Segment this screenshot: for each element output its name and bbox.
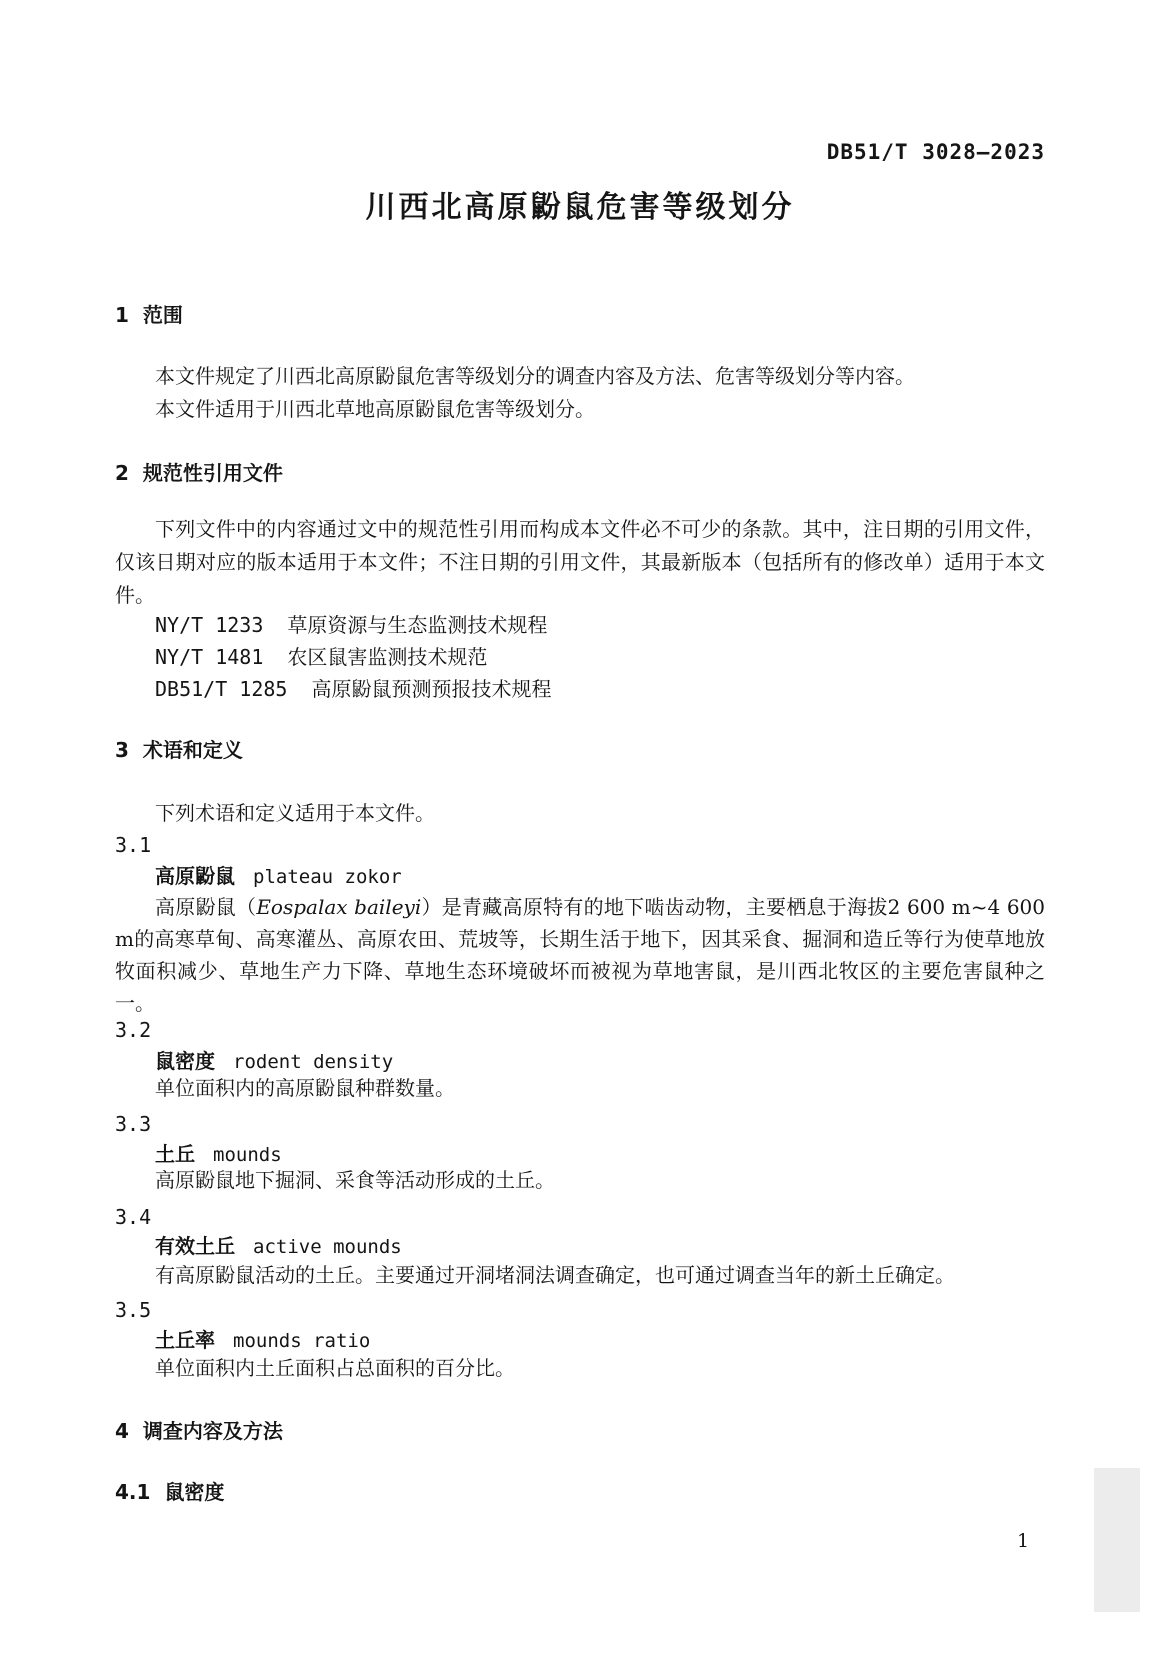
document-title: 川西北高原鼢鼠危害等级划分 [0, 191, 1160, 224]
document-page: DB51/T 3028—2023 川西北高原鼢鼠危害等级划分 1范围 本文件规定… [0, 0, 1160, 1661]
term-number: 3.3 [115, 1114, 151, 1134]
term-definition: 单位面积内的高原鼢鼠种群数量。 [115, 1078, 1045, 1098]
term-title: 土丘率mounds ratio [155, 1330, 370, 1351]
term-definition: 单位面积内土丘面积占总面积的百分比。 [115, 1358, 1045, 1378]
term-zh: 高原鼢鼠 [155, 864, 235, 888]
term-en: mounds ratio [233, 1330, 370, 1352]
section-label: 调查内容及方法 [143, 1419, 283, 1443]
term-definition: 高原鼢鼠（Eospalax baileyi）是青藏高原特有的地下啮齿动物，主要栖… [115, 891, 1045, 1019]
section-heading-survey: 4调查内容及方法 [115, 1421, 283, 1441]
section-label: 术语和定义 [143, 738, 243, 762]
reference-item: NY/T 1481农区鼠害监测技术规范 [155, 647, 487, 667]
section-label: 范围 [143, 303, 183, 327]
term-title: 有效土丘active mounds [155, 1236, 402, 1257]
term-en: mounds [213, 1144, 282, 1166]
reference-code: NY/T 1481 [155, 645, 263, 669]
term-title: 高原鼢鼠plateau zokor [155, 866, 402, 887]
term-title: 鼠密度rodent density [155, 1051, 393, 1072]
section-heading-normative-refs: 2规范性引用文件 [115, 463, 283, 483]
reference-code: DB51/T 1285 [155, 677, 287, 701]
reference-name: 农区鼠害监测技术规范 [287, 645, 487, 669]
terms-intro: 下列术语和定义适用于本文件。 [115, 803, 1045, 823]
subsection-label: 鼠密度 [164, 1480, 224, 1504]
section-number: 2 [115, 461, 129, 485]
section-heading-scope: 1范围 [115, 305, 183, 325]
reference-name: 草原资源与生态监测技术规程 [287, 613, 547, 637]
term-number: 3.4 [115, 1207, 151, 1227]
scope-paragraph-1: 本文件规定了川西北高原鼢鼠危害等级划分的调查内容及方法、危害等级划分等内容。 [115, 366, 1045, 386]
term-en: plateau zokor [253, 866, 402, 888]
subsection-heading-rodent-density: 4.1鼠密度 [115, 1482, 224, 1502]
reference-item: NY/T 1233草原资源与生态监测技术规程 [155, 615, 547, 635]
term-number: 3.2 [115, 1020, 151, 1040]
page-number: 1 [1013, 1532, 1033, 1551]
term-en: active mounds [253, 1236, 402, 1258]
term-zh: 有效土丘 [155, 1234, 235, 1258]
term-zh: 土丘 [155, 1142, 195, 1166]
reference-name: 高原鼢鼠预测预报技术规程 [311, 677, 551, 701]
term-title: 土丘mounds [155, 1144, 282, 1165]
reference-item: DB51/T 1285高原鼢鼠预测预报技术规程 [155, 679, 551, 699]
term-en: rodent density [233, 1051, 393, 1073]
term-definition: 高原鼢鼠地下掘洞、采食等活动形成的土丘。 [115, 1170, 1045, 1190]
section-label: 规范性引用文件 [143, 461, 283, 485]
reference-code: NY/T 1233 [155, 613, 263, 637]
page-corner-artifact [1094, 1468, 1140, 1612]
normative-refs-intro: 下列文件中的内容通过文中的规范性引用而构成本文件必不可少的条款。其中，注日期的引… [115, 513, 1045, 612]
section-heading-terms: 3术语和定义 [115, 740, 243, 760]
definition-text: 高原鼢鼠（ [155, 895, 256, 919]
term-zh: 鼠密度 [155, 1049, 215, 1073]
section-number: 3 [115, 738, 129, 762]
scope-paragraph-2: 本文件适用于川西北草地高原鼢鼠危害等级划分。 [115, 399, 1045, 419]
term-number: 3.5 [115, 1300, 151, 1320]
standard-code: DB51/T 3028—2023 [115, 142, 1045, 163]
species-name: Eospalax baileyi [256, 895, 421, 919]
section-number: 1 [115, 303, 129, 327]
section-number: 4 [115, 1419, 129, 1443]
term-definition: 有高原鼢鼠活动的土丘。主要通过开洞堵洞法调查确定，也可通过调查当年的新土丘确定。 [115, 1265, 1045, 1285]
subsection-number: 4.1 [115, 1480, 150, 1504]
term-number: 3.1 [115, 835, 151, 855]
term-zh: 土丘率 [155, 1328, 215, 1352]
